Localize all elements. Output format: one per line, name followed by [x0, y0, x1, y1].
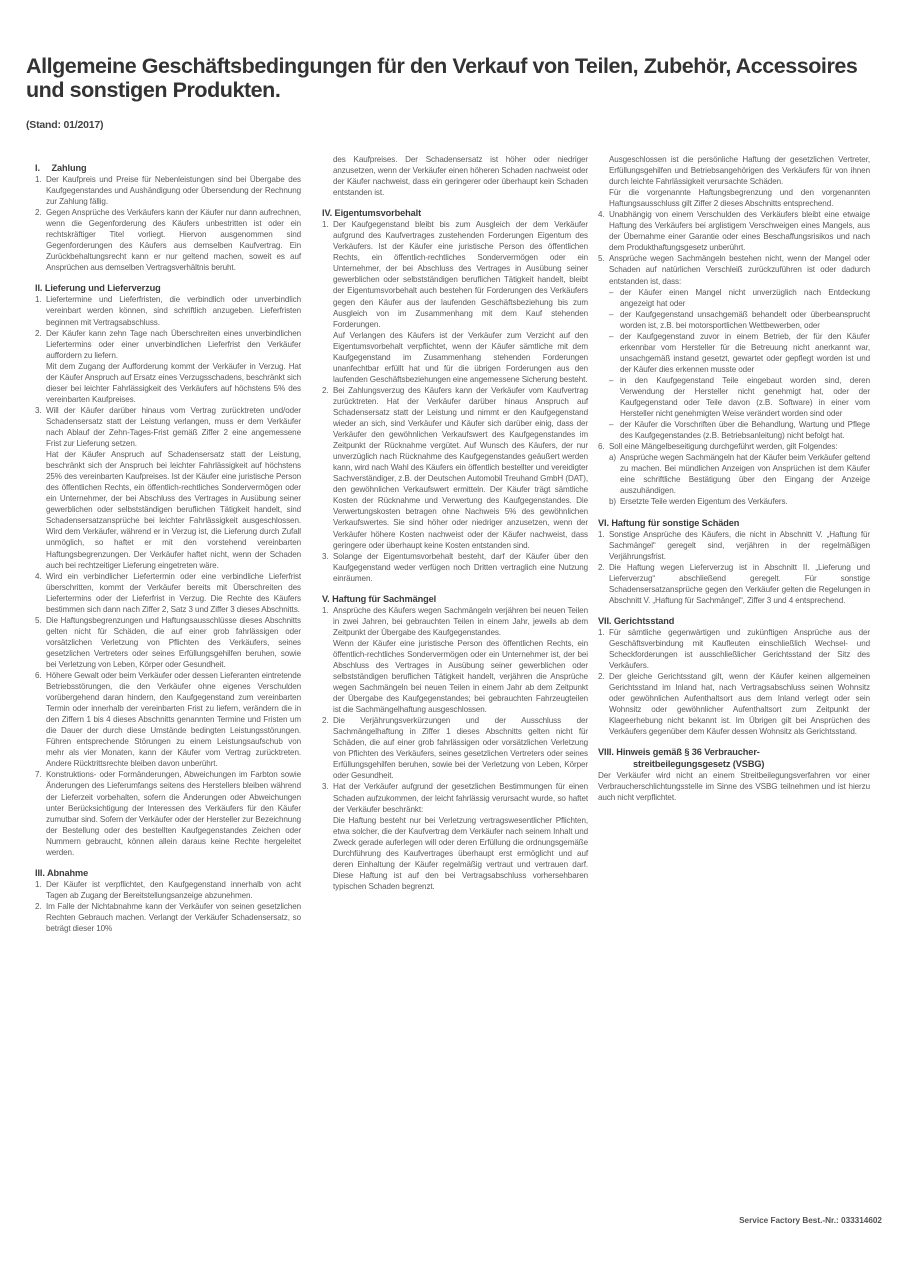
alpha-item: b)Ersetzte Teile werden Eigentum des Ver…: [609, 496, 870, 507]
paragraph: Gegen Ansprüche des Verkäufers kann der …: [46, 207, 301, 273]
section-abnahme-continued: des Kaufpreises. Der Schadensersatz ist …: [322, 154, 588, 198]
item-number: 1.: [322, 605, 329, 616]
paragraph: Die Haftung besteht nur bei Verletzung v…: [333, 815, 588, 892]
item-number: 5.: [35, 615, 42, 626]
column-middle: des Kaufpreises. Der Schadensersatz ist …: [322, 154, 588, 901]
paragraph: Unabhängig von einem Verschulden des Ver…: [609, 209, 870, 253]
section-lieferung: II. Lieferung und Lieferverzug 1.Liefert…: [35, 282, 301, 857]
paragraph: Sonstige Ansprüche des Käufers, die nich…: [609, 529, 870, 562]
section-items: 1.Liefertermine und Lieferfristen, die v…: [35, 294, 301, 857]
item-number: 3.: [35, 405, 42, 416]
item-number: 7.: [35, 769, 42, 780]
dash-item: der Kaufgegenstand unsachgemäß behandelt…: [609, 309, 870, 331]
paragraph: Ausgeschlossen ist die persönliche Haftu…: [609, 154, 870, 187]
item-number: 5.: [598, 253, 605, 264]
paragraph: Die Verjährungsverkürzungen und der Auss…: [333, 715, 588, 781]
item-number: 2.: [35, 901, 42, 912]
paragraph: Für die vorgenannte Haftungsbegrenzung u…: [609, 187, 870, 209]
list-item: 6.Soll eine Mängelbeseitigung durchgefüh…: [598, 441, 870, 507]
list-item: 1.Der Kaufgegenstand bleibt bis zum Ausg…: [322, 219, 588, 385]
section-items: 1.Für sämtliche gegenwärtigen und zukünf…: [598, 627, 870, 737]
alpha-item: a)Ansprüche wegen Sachmängeln hat der Kä…: [609, 452, 870, 496]
section-haftung-sachmaengel: V. Haftung für Sachmängel 1.Ansprüche de…: [322, 593, 588, 892]
item-number: 2.: [322, 385, 329, 396]
list-item: 5.Die Haftungsbegrenzungen und Haftungsa…: [35, 615, 301, 670]
list-item: 2.Die Verjährungsverkürzungen und der Au…: [322, 715, 588, 781]
list-item: 7.Konstruktions- oder Formänderungen, Ab…: [35, 769, 301, 857]
list-item: 2.Der Käufer kann zehn Tage nach Übersch…: [35, 328, 301, 405]
paragraph: Ansprüche wegen Sachmängeln bestehen nic…: [609, 253, 870, 286]
section-haftung-sachmaengel-continued: Ausgeschlossen ist die persönliche Haftu…: [598, 154, 870, 508]
list-item: 1.Liefertermine und Lieferfristen, die v…: [35, 294, 301, 327]
list-item: 2.Gegen Ansprüche des Verkäufers kann de…: [35, 207, 301, 273]
section-items: 1.Der Kaufpreis und Preise für Nebenleis…: [35, 174, 301, 273]
list-item: 3.Solange der Eigentumsvorbehalt besteht…: [322, 551, 588, 584]
paragraph: Höhere Gewalt oder beim Verkäufer oder d…: [46, 670, 301, 769]
item-number: 1.: [35, 879, 42, 890]
item-number: 2.: [35, 207, 42, 218]
item-number: 1.: [322, 219, 329, 230]
continuation-paragraphs: Ausgeschlossen ist die persönliche Haftu…: [598, 154, 870, 209]
paragraph: Konstruktions- oder Formänderungen, Abwe…: [46, 769, 301, 857]
list-item: 3.Hat der Verkäufer aufgrund der gesetzl…: [322, 781, 588, 891]
section-items: 4.Unabhängig von einem Verschulden des V…: [598, 209, 870, 507]
list-item: 1.Ansprüche des Käufers wegen Sachmängel…: [322, 605, 588, 715]
item-number: 2.: [322, 715, 329, 726]
paragraph: Wenn der Käufer eine juristische Person …: [333, 638, 588, 715]
paragraph: Der Käufer kann zehn Tage nach Überschre…: [46, 328, 301, 361]
paragraph: Im Falle der Nichtabnahme kann der Verkä…: [46, 901, 301, 934]
alpha-list: a)Ansprüche wegen Sachmängeln hat der Kä…: [609, 452, 870, 507]
section-items: 1.Ansprüche des Käufers wegen Sachmängel…: [322, 605, 588, 892]
paragraph: Wird ein verbindlicher Liefertermin oder…: [46, 571, 301, 615]
section-zahlung: I. Zahlung 1.Der Kaufpreis und Preise fü…: [35, 162, 301, 273]
paragraph: Will der Käufer darüber hinaus vom Vertr…: [46, 405, 301, 449]
list-item: 4.Wird ein verbindlicher Liefertermin od…: [35, 571, 301, 615]
item-number: 2.: [598, 562, 605, 573]
paragraph: Hat der Käufer Anspruch auf Schadensersa…: [46, 449, 301, 571]
item-number: 6.: [598, 441, 605, 452]
section-items: 1.Sonstige Ansprüche des Käufers, die ni…: [598, 529, 870, 606]
paragraph: des Kaufpreises. Der Schadensersatz ist …: [322, 154, 588, 198]
item-number: 1.: [598, 627, 605, 638]
item-number: 1.: [35, 174, 42, 185]
paragraph: Auf Verlangen des Käufers ist der Verkäu…: [333, 330, 588, 385]
paragraph: Für sämtliche gegenwärtigen und zukünfti…: [609, 627, 870, 671]
dash-item: der Käufer einen Mangel nicht unverzügli…: [609, 287, 870, 309]
section-abnahme: III. Abnahme 1.Der Käufer ist verpflicht…: [35, 867, 301, 934]
paragraph: Der Verkäufer wird nicht an einem Streit…: [598, 770, 870, 803]
list-item: 3.Will der Käufer darüber hinaus vom Ver…: [35, 405, 301, 571]
item-number: 1.: [35, 294, 42, 305]
section-items: 1.Der Käufer ist verpflichtet, den Kaufg…: [35, 879, 301, 934]
list-item: 4.Unabhängig von einem Verschulden des V…: [598, 209, 870, 253]
paragraph: Solange der Eigentumsvorbehalt besteht, …: [333, 551, 588, 584]
dash-item: in den Kaufgegenstand Teile eingebaut wo…: [609, 375, 870, 419]
document-title: Allgemeine Geschäftsbedingungen für den …: [26, 54, 886, 102]
list-item: 1.Der Kaufpreis und Preise für Nebenleis…: [35, 174, 301, 207]
section-heading: II. Lieferung und Lieferverzug: [35, 282, 301, 294]
list-item: 2.Bei Zahlungsverzug des Käufers kann de…: [322, 385, 588, 551]
section-heading: VII. Gerichtsstand: [598, 615, 870, 627]
section-heading: VI. Haftung für sonstige Schäden: [598, 517, 870, 529]
section-eigentumsvorbehalt: IV. Eigentumsvorbehalt 1.Der Kaufgegenst…: [322, 207, 588, 584]
dash-item: der Kaufgegenstand zuvor in einem Betrie…: [609, 331, 870, 375]
list-item: 2.Der gleiche Gerichtsstand gilt, wenn d…: [598, 671, 870, 737]
section-haftung-sonstige: VI. Haftung für sonstige Schäden 1.Sonst…: [598, 517, 870, 606]
list-item: 6.Höhere Gewalt oder beim Verkäufer oder…: [35, 670, 301, 769]
list-item: 5.Ansprüche wegen Sachmängeln bestehen n…: [598, 253, 870, 441]
item-number: 2.: [598, 671, 605, 682]
paragraph: Die Haftung wegen Lieferverzug ist in Ab…: [609, 562, 870, 606]
list-item: 1.Für sämtliche gegenwärtigen und zukünf…: [598, 627, 870, 671]
item-number: 6.: [35, 670, 42, 681]
paragraph: Ansprüche des Käufers wegen Sachmängeln …: [333, 605, 588, 638]
paragraph: Der Kaufgegenstand bleibt bis zum Ausgle…: [333, 219, 588, 329]
paragraph: Hat der Verkäufer aufgrund der gesetzlic…: [333, 781, 588, 814]
list-item: 2.Die Haftung wegen Lieferverzug ist in …: [598, 562, 870, 606]
section-heading: III. Abnahme: [35, 867, 301, 879]
item-number: 4.: [598, 209, 605, 220]
paragraph: Bei Zahlungsverzug des Käufers kann der …: [333, 385, 588, 551]
order-number-footer: Service Factory Best.-Nr.: 033314602: [739, 1216, 882, 1225]
paragraph: Soll eine Mängelbeseitigung durchgeführt…: [609, 441, 870, 452]
section-items: 1.Der Kaufgegenstand bleibt bis zum Ausg…: [322, 219, 588, 584]
section-gerichtsstand: VII. Gerichtsstand 1.Für sämtliche gegen…: [598, 615, 870, 737]
section-heading: IV. Eigentumsvorbehalt: [322, 207, 588, 219]
column-right: Ausgeschlossen ist die persönliche Haftu…: [598, 154, 870, 812]
item-number: 4.: [35, 571, 42, 582]
dash-item: der Käufer die Vorschriften über die Beh…: [609, 419, 870, 441]
list-item: 1.Der Käufer ist verpflichtet, den Kaufg…: [35, 879, 301, 901]
column-left: I. Zahlung 1.Der Kaufpreis und Preise fü…: [35, 162, 301, 943]
paragraph: Der Kaufpreis und Preise für Nebenleistu…: [46, 174, 301, 207]
list-item: 1.Sonstige Ansprüche des Käufers, die ni…: [598, 529, 870, 562]
item-number: 1.: [598, 529, 605, 540]
item-number: 2.: [35, 328, 42, 339]
paragraph: Liefertermine und Lieferfristen, die ver…: [46, 294, 301, 327]
paragraph: Der Käufer ist verpflichtet, den Kaufgeg…: [46, 879, 301, 901]
section-heading: VIII. Hinweis gemäß § 36 Verbraucher- st…: [598, 746, 870, 770]
paragraph: Der gleiche Gerichtsstand gilt, wenn der…: [609, 671, 870, 737]
paragraph: Die Haftungsbegrenzungen und Haftungsaus…: [46, 615, 301, 670]
item-number: 3.: [322, 781, 329, 792]
section-heading: V. Haftung für Sachmängel: [322, 593, 588, 605]
section-heading: I. Zahlung: [35, 162, 301, 174]
item-number: 3.: [322, 551, 329, 562]
dash-list: der Käufer einen Mangel nicht unverzügli…: [609, 287, 870, 442]
paragraph: Mit dem Zugang der Aufforderung kommt de…: [46, 361, 301, 405]
section-vsbg-hinweis: VIII. Hinweis gemäß § 36 Verbraucher- st…: [598, 746, 870, 803]
list-item: 2.Im Falle der Nichtabnahme kann der Ver…: [35, 901, 301, 934]
document-stand-date: (Stand: 01/2017): [26, 119, 103, 131]
